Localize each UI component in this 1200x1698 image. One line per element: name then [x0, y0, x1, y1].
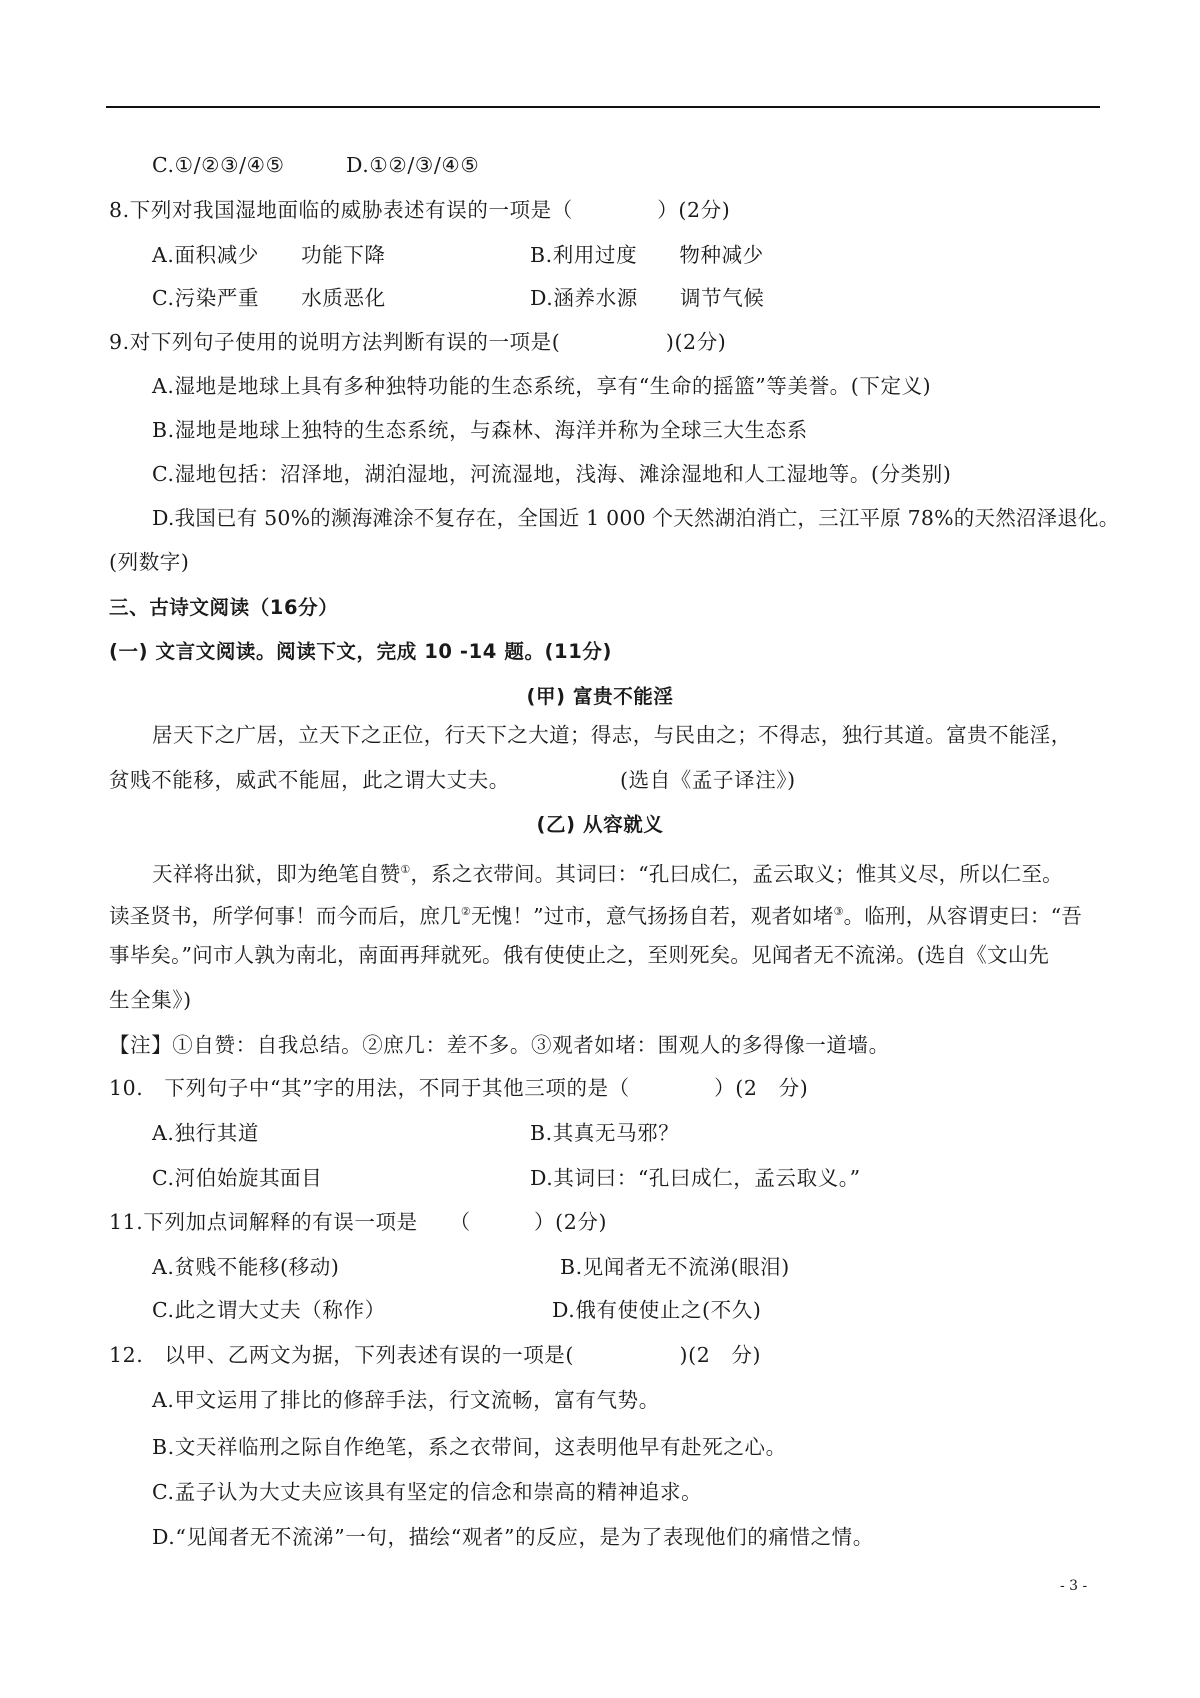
text: 。临刑，从容谓吏曰：“吾 — [844, 904, 1082, 928]
passage-b-line4: 生全集》) — [109, 987, 192, 1013]
footnote-ref-1: ① — [400, 863, 410, 876]
q11-option-b: B.见闻者无不流涕(眼泪) — [560, 1254, 790, 1280]
q9-option-a: A.湿地是地球上具有多种独特功能的生态系统，享有“生命的摇篮”等美誉。(下定义) — [152, 373, 931, 399]
q7-option-d: D.①②/③/④⑤ — [346, 152, 479, 178]
passage-b-line2: 读圣贤书，所学何事！而今而后，庶几②无愧！”过市，意气扬扬自若，观者如堵③。临刑… — [109, 899, 1082, 929]
footnotes: 【注】①自赞：自我总结。②庶几：差不多。③观者如堵：围观人的多得像一道墙。 — [109, 1032, 890, 1058]
q12-option-b: B.文天祥临刑之际自作绝笔，系之衣带间，这表明他早有赴死之心。 — [152, 1434, 787, 1460]
page-number: - 3 - — [1060, 1578, 1087, 1594]
q7-option-c: C.①/②③/④⑤ — [152, 152, 285, 178]
footnote-ref-3: ③ — [834, 905, 844, 918]
q9-option-c: C.湿地包括：沼泽地，湖泊湿地，河流湿地，浅海、滩涂湿地和人工湿地等。(分类别) — [152, 461, 951, 487]
q11-option-d: D.俄有使使止之(不久) — [552, 1297, 761, 1323]
q10-stem: 10. 下列句子中“其”字的用法，不同于其他三项的是（ ）(2 分) — [109, 1075, 808, 1101]
text: ，系之衣带间。其词曰：“孔曰成仁，孟云取义；惟其义尽，所以仁至。 — [410, 862, 1062, 886]
q12-stem: 12. 以甲、乙两文为据，下列表述有误的一项是( )(2 分) — [109, 1342, 761, 1368]
passage-a-line1: 居天下之广居，立天下之正位，行天下之大道；得志，与民由之；不得志，独行其道。富贵… — [152, 722, 1072, 748]
section-title: 三、古诗文阅读（16分） — [109, 595, 338, 621]
passage-b-title: (乙) 从容就义 — [0, 812, 1200, 838]
passage-a-source: (选自《孟子译注》) — [620, 767, 796, 793]
passage-a-title: (甲) 富贵不能淫 — [0, 684, 1200, 710]
q10-option-a: A.独行其道 — [152, 1120, 259, 1146]
q9-option-d: D.我国已有 50%的濒海滩涂不复存在，全国近 1 000 个天然湖泊消亡，三江… — [152, 505, 1119, 531]
q9-option-b: B.湿地是地球上独特的生态系统，与森林、海洋并称为全球三大生态系 — [152, 417, 808, 443]
q8-option-c: C.污染严重 水质恶化 — [152, 285, 386, 311]
q11-option-c: C.此之谓大丈夫（称作） — [152, 1297, 386, 1323]
q8-option-d: D.涵养水源 调节气候 — [530, 285, 764, 311]
q10-option-d: D.其词曰：“孔曰成仁，孟云取义。” — [530, 1165, 861, 1191]
q12-option-c: C.孟子认为大丈夫应该具有坚定的信念和崇高的精神追求。 — [152, 1479, 702, 1505]
q9-option-d-cont: (列数字) — [109, 549, 190, 575]
q8-option-a: A.面积减少 功能下降 — [152, 242, 386, 268]
passage-b-line3: 事毕矣。”问市人孰为南北，南面再拜就死。俄有使使止之，至则死矣。见闻者无不流涕。… — [109, 942, 1049, 968]
text: 无愧！”过市，意气扬扬自若，观者如堵 — [471, 904, 834, 928]
q12-option-a: A.甲文运用了排比的修辞手法，行文流畅，富有气势。 — [152, 1387, 660, 1413]
q12-option-d: D.“见闻者无不流涕”一句，描绘“观者”的反应，是为了表现他们的痛惜之情。 — [152, 1524, 874, 1550]
q11-option-a: A.贫贱不能移(移动) — [152, 1254, 339, 1280]
q11-stem: 11.下列加点词解释的有误一项是 （ ）(2分) — [109, 1209, 607, 1235]
passage-b-line1: 天祥将出狱，即为绝笔自赞①，系之衣带间。其词曰：“孔曰成仁，孟云取义；惟其义尽，… — [152, 857, 1063, 887]
q10-option-b: B.其真无马邪？ — [530, 1120, 679, 1146]
subsection-title: (一) 文言文阅读。阅读下文，完成 10 -14 题。(11分) — [109, 639, 612, 665]
q10-option-c: C.河伯始旋其面目 — [152, 1165, 322, 1191]
q8-option-b: B.利用过度 物种减少 — [530, 242, 764, 268]
q8-stem: 8.下列对我国湿地面临的威胁表述有误的一项是（ ）(2分) — [109, 197, 730, 223]
footnote-ref-2: ② — [461, 905, 471, 918]
passage-a-line2: 贫贱不能移，威武不能屈，此之谓大丈夫。 — [109, 767, 510, 793]
text: 天祥将出狱，即为绝笔自赞 — [152, 862, 400, 886]
header-rule — [106, 106, 1100, 108]
q9-stem: 9.对下列句子使用的说明方法判断有误的一项是( )(2分) — [109, 329, 726, 355]
text: 读圣贤书，所学何事！而今而后，庶几 — [109, 904, 461, 928]
